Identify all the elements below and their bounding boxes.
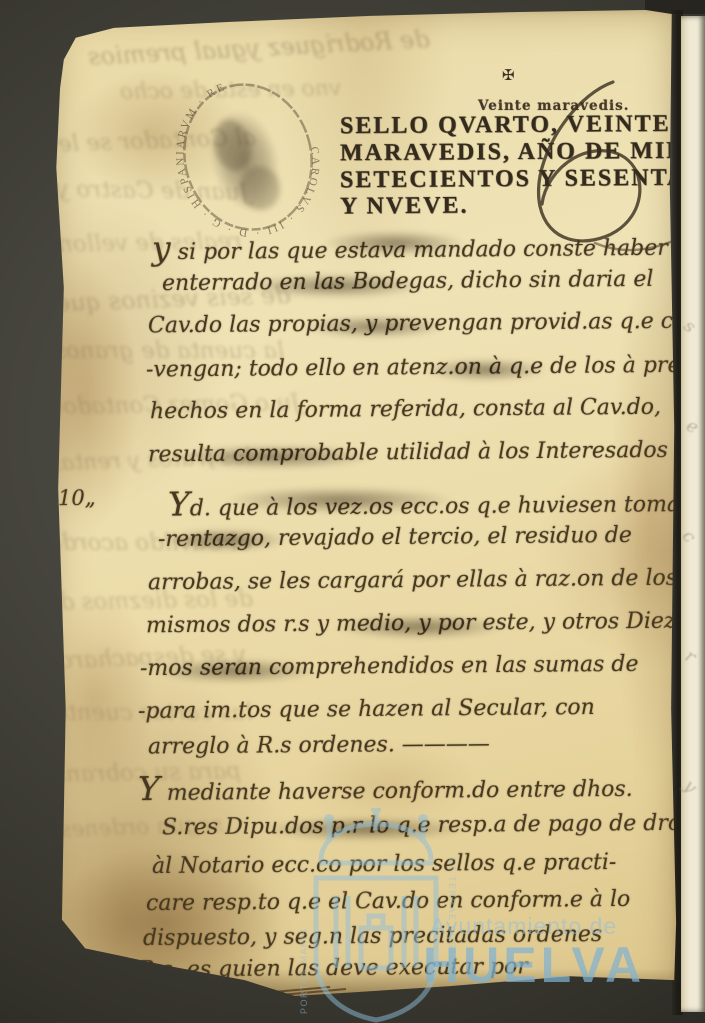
manuscript-line: dispuesto, y seg.n las precitadas ordene… <box>143 922 602 951</box>
manuscript-line: care resp.to q.e el Cav.do en conform.e … <box>146 887 630 916</box>
bleed-through-line: de Rodriguez ygual premios <box>88 25 431 71</box>
archive-photo: s e c r y de Rodriguez ygual premios vno… <box>0 0 705 1023</box>
manuscript-line: resulta comprobable utilidad à los Inter… <box>148 438 697 468</box>
page-fold-shadow <box>50 958 678 1000</box>
manuscript-line: S.res Dipu.dos p.r lo q.e resp.a de pago… <box>162 811 700 841</box>
manuscript-line: mismos dos r.s y medio, y por este, y ot… <box>146 609 683 639</box>
adjacent-ink-mark: r <box>681 645 699 667</box>
manuscript-line: enterrado en las Bodegas, dicho sin dari… <box>162 267 654 296</box>
manuscript-page: de Rodriguez ygual premios vno en esta d… <box>50 8 678 1000</box>
tax-numeral-value: 6 <box>530 177 531 178</box>
manuscript-line: arreglo à R.s ordenes. ———— <box>148 732 490 760</box>
manuscript-line: àl Notario ecc.co por los sellos q.e pra… <box>152 850 617 879</box>
stamp-line-4: Y NVEVE. <box>340 193 469 221</box>
manuscript-line: y si por las que estava mandado conste h… <box>152 224 668 267</box>
adjacent-ink-mark: e <box>683 415 702 439</box>
adjacent-page-edge: s e c r y <box>681 16 705 1012</box>
adjacent-ink-mark: y <box>679 775 701 797</box>
manuscript-line: -para im.tos que se hazen al Secular, co… <box>138 695 595 724</box>
royal-seal-stamp: CAROLVS · III · D · G · HISPANIARVM · RE… <box>168 72 328 242</box>
manuscript-line: -vengan; todo ello en atenz.on à q.e de … <box>146 352 705 382</box>
adjacent-ink-mark: c <box>678 526 701 547</box>
manuscript-line: Y mediante haverse conform.do entre dhos… <box>138 765 633 808</box>
manuscript-line: arrobas, se les cargará por ellas à raz.… <box>148 566 677 596</box>
manuscript-line: Cav.do las propias, y prevengan provid.a… <box>148 309 705 339</box>
margin-note: 10„ <box>58 486 96 510</box>
manuscript-line: Yd. que à los vez.os ecc.os q.e huviesen… <box>168 479 705 523</box>
manuscript-line: -mos seran comprehendidos en las sumas d… <box>140 652 639 681</box>
manuscript-line: hechos en la forma referida, consta al C… <box>150 395 661 424</box>
manuscript-line: -rentazgo, revajado el tercio, el residu… <box>158 523 632 552</box>
adjacent-ink-mark: s <box>679 315 700 337</box>
